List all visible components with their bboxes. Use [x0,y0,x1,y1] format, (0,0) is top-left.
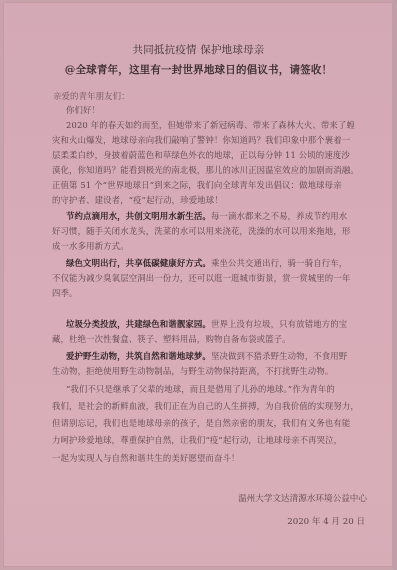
paragraph-4-lead: 垃圾分类投放，共建绿色和谐靓家园。 [66,319,211,329]
paragraph-3-line-1: 绿色文明出行，共享低碳健康好方式。乘坐公共交通出行，骑一骑自行车， [66,257,347,269]
paragraph-1-line-1: 2020 年的春天如约而至，但她带来了新冠病毒、带来了森林大火、带来了蝗 [66,119,355,131]
paragraph-2-line-3: 成一水多用新方式。 [52,240,129,252]
signature-organization: 温州大学文达清源水环境公益中心 [238,492,367,504]
paragraph-2-line-2: 好习惯，随手关闭水龙头，洗菜的水可以用来浇花，洗澡的水可以用来拖地，形 [52,225,350,237]
paragraph-1-line-6: 的守护者、建设者，“疫”起行动，珍爱地球！ [52,194,223,206]
paragraph-6-line-4: 力呵护珍爱地球，尊重保护自然，让我们“疫”起行动，让地球母亲不再哭泣， [52,434,342,446]
paragraph-4-text: 世界上没有垃圾，只有放错地方的宝 [211,319,347,329]
document-title: 共同抵抗疫情 保护地球母亲 [0,42,397,57]
paragraph-3-line-2: 不仅能为减少臭氧层空洞出一份力，还可以逛一逛城市街景，赏一赏城里的一年 [52,272,350,284]
paper-edge [393,0,397,570]
paragraph-5-line-1: 爱护野生动物，共筑自然和谐地球梦。坚决做到不猎杀野生动物，不食用野 [66,350,347,362]
paragraph-6-line-3: 但请别忘记，我们也是地球母亲的孩子，是自然亲密的朋友，我们有义务也有能 [52,417,350,429]
paragraph-2-text: 每一滴水都来之不易，养成节约用水 [211,211,347,221]
paragraph-4-line-2: 藏，杜绝一次性餐盒、筷子、塑料用品，购物自备布袋或篮子。 [52,333,291,345]
paragraph-2-lead: 节约点滴用水，共创文明用水新生活。 [66,211,211,221]
paragraph-1-line-2: 灾和火山爆发，地球母亲向我们敲响了警钟！你知道吗？我们印象中那个裹着一 [52,134,350,146]
paragraph-5-line-2: 生动物，拒绝使用野生动物制品，与野生动物保持距离，不打扰野生动物。 [52,365,333,377]
paragraph-6-line-2: 我们，是社会的新鲜血液，我们正在为自己的人生拼搏，为自我价值的实现努力， [52,400,359,412]
paragraph-5-text: 坚决做到不猎杀野生动物，不食用野 [211,351,347,361]
paragraph-1-line-5: 正值第 51 个“世界地球日”到来之际，我们向全球青年发出倡议：做地球母亲 [52,179,342,191]
paragraph-1-line-3: 层柔柔白纱，身披着蔚蓝色和草绿色外衣的地球，正以每分钟 11 公顷的速度沙 [52,149,350,161]
document-subtitle: @全球青年，这里有一封世界地球日的倡议书，请签收！ [0,62,397,77]
signature-date: 2020 年 4 月 20 日 [287,515,365,527]
salutation: 亲爱的青年朋友们： [53,90,130,102]
paragraph-3-text: 乘坐公共交通出行，骑一骑自行车， [211,258,347,268]
letter-paper [3,2,393,567]
paragraph-3-lead: 绿色文明出行，共享低碳健康好方式。 [66,258,211,268]
paragraph-3-line-3: 四季。 [52,287,78,299]
greeting: 你们好！ [66,104,100,116]
paragraph-6-line-1: “我们不只是继承了父辈的地球，而且是借用了儿孙的地球。”作为青年的 [66,383,335,395]
paragraph-1-line-4: 漠化，你知道吗？能看到极光的南北极，那儿的冰川正因温室效应的加剧而消融。 [52,164,359,176]
paragraph-4-line-1: 垃圾分类投放，共建绿色和谐靓家园。世界上没有垃圾，只有放错地方的宝 [66,318,347,330]
paragraph-5-lead: 爱护野生动物，共筑自然和谐地球梦。 [66,351,211,361]
paragraph-6-line-5: 一起为实现人与自然和谐共生的美好愿望而奋斗！ [52,452,240,464]
paragraph-2-line-1: 节约点滴用水，共创文明用水新生活。每一滴水都来之不易，养成节约用水 [66,210,347,222]
